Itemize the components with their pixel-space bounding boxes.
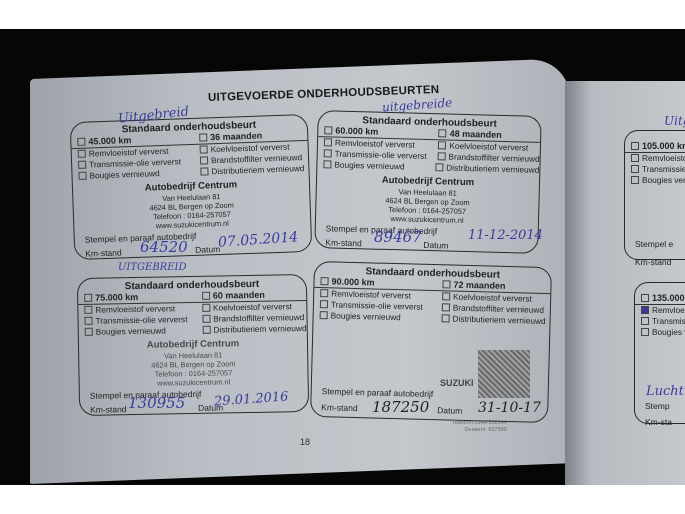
checkbox-icon	[324, 138, 332, 146]
service-box-135000: 135.000 k Remvloei Transmiss Bougies v S…	[634, 282, 685, 424]
km-label: Km-stand	[321, 402, 358, 413]
task-label: Koelvloeistof ververst	[453, 292, 532, 304]
page-number: 18	[300, 437, 310, 447]
checkbox-icon	[435, 163, 443, 171]
task-label: Bougies vernieuwd	[89, 168, 159, 180]
handwritten-note: Uitg	[664, 114, 685, 128]
checkbox-icon	[441, 314, 449, 322]
km-interval: 60.000 km	[335, 126, 378, 137]
task-label: Bougies vernieuwd	[331, 310, 401, 322]
checkbox-icon	[442, 303, 450, 311]
handwritten-km: 89467	[374, 228, 422, 246]
checkbox-icon	[324, 149, 332, 157]
dealer-stamp-image	[478, 350, 530, 398]
checkbox-icon	[641, 294, 649, 302]
checkbox-icon	[324, 126, 332, 134]
checkbox-icon	[442, 280, 450, 288]
task-label: Koelvloeistof ververst	[449, 141, 528, 153]
checkbox-icon	[631, 176, 639, 184]
checkbox-icon	[641, 328, 649, 336]
checkbox-icon	[200, 156, 208, 164]
date-label: Datum	[195, 244, 220, 255]
service-box-90000: Standaard onderhoudsbeurt 90.000 km72 ma…	[310, 261, 552, 423]
checkbox-icon	[84, 317, 92, 325]
month-interval: 60 maanden	[213, 290, 265, 301]
month-interval: 48 maanden	[450, 129, 502, 140]
checkbox-icon	[442, 292, 450, 300]
handwritten-km: 64520	[140, 238, 188, 256]
checkbox-icon	[84, 294, 92, 302]
task-label: Remvloeistof ververst	[331, 288, 411, 300]
checkbox-icon	[320, 289, 328, 297]
checkbox-icon	[200, 167, 208, 175]
task-label: Bougies vernieuwd	[96, 325, 166, 336]
km-label: Km-stand	[90, 404, 127, 415]
km-interval: 45.000 km	[88, 135, 131, 146]
task-label: Brandstoffilter vernieuwd	[213, 312, 304, 324]
dealer-stamp-text: Telefoon 0340-552044 Dealernr. 607930	[452, 420, 507, 434]
checkbox-icon	[78, 150, 86, 158]
checkbox-icon	[202, 304, 210, 312]
checkbox-icon	[439, 129, 447, 137]
month-interval: 72 maanden	[453, 280, 505, 291]
checkbox-icon	[631, 165, 639, 173]
km-label: Km-stand	[85, 247, 122, 258]
task-label: Remvloei	[652, 305, 685, 315]
checkbox-icon	[199, 145, 207, 153]
task-label: Koelvloeistof ververst	[213, 301, 292, 312]
checkbox-icon	[78, 161, 86, 169]
dealer-stamp: Autobedrijf Centrum Van Heelulaan 81 462…	[316, 173, 539, 227]
km-label: Km-stand	[635, 257, 671, 267]
km-interval: 105.000 km	[642, 141, 685, 151]
checkbox-icon	[78, 172, 86, 180]
km-label: Km-sta	[645, 417, 672, 427]
task-label: Bougies vernieuwd	[334, 160, 404, 172]
handwritten-date: 11-12-2014	[468, 228, 543, 243]
service-box-105000: 105.000 km Remvloeistof Transmissie-o Bo…	[624, 130, 685, 260]
stamp-label: Stempel e	[635, 239, 673, 249]
task-label: Remvloeistof ververst	[95, 303, 175, 314]
checkbox-icon	[641, 317, 649, 325]
task-label: Transmissie-o	[642, 164, 685, 174]
checkbox-icon	[631, 142, 639, 150]
checkbox-icon	[84, 306, 92, 314]
task-label: Distributieriem vernieuwd	[213, 323, 306, 335]
checked-checkbox-icon	[641, 306, 649, 314]
date-label: Datum	[437, 405, 462, 416]
checkbox-icon	[320, 311, 328, 319]
km-interval: 75.000 km	[95, 292, 138, 303]
handwritten-km: 130955	[128, 394, 185, 412]
handwritten-note: Lucht	[646, 384, 684, 399]
task-label: Distributieriem vernieuwd	[446, 162, 539, 174]
checkbox-icon	[437, 152, 445, 160]
checkbox-icon	[202, 292, 210, 300]
task-label: Distributieriem vernieuwd	[452, 314, 545, 326]
handwritten-km: 187250	[372, 398, 429, 416]
checkbox-icon	[77, 138, 85, 146]
task-label: Remvloeistof ververst	[335, 138, 415, 150]
km-interval: 90.000 km	[331, 276, 374, 287]
date-label: Datum	[423, 240, 448, 251]
task-label: Distributieriem vernieuwd	[211, 163, 304, 176]
handwritten-note: UITGEBREID	[118, 262, 186, 273]
dealer-stamp: Autobedrijf Centrum Van Heelulaan 81 462…	[79, 337, 308, 389]
suzuki-logo: SUZUKI	[440, 378, 474, 388]
checkbox-icon	[202, 315, 210, 323]
km-interval: 135.000 k	[652, 293, 685, 303]
checkbox-icon	[202, 326, 210, 334]
handwritten-date: 31-10-17	[478, 400, 541, 416]
task-label: Bougies v	[652, 327, 685, 337]
task-label: Bougies vern	[642, 175, 685, 185]
stamp-dealer-number: Dealernr. 607930	[452, 427, 507, 434]
checkbox-icon	[85, 328, 93, 336]
checkbox-icon	[320, 300, 328, 308]
checkbox-icon	[438, 141, 446, 149]
task-label: Remvloeistof	[642, 153, 685, 163]
km-label: Km-stand	[325, 237, 362, 248]
month-interval: 36 maanden	[210, 130, 262, 142]
checkbox-icon	[199, 133, 207, 141]
checkbox-icon	[631, 154, 639, 162]
checkbox-icon	[323, 160, 331, 168]
task-label: Transmissie-olie ververst	[95, 314, 187, 326]
stamp-label: Stemp	[645, 401, 670, 411]
checkbox-icon	[320, 277, 328, 285]
stamp-phone: Telefoon 0340-552044	[452, 420, 507, 427]
dealer-stamp: Autobedrijf Centrum Van Heelulaan 81 462…	[73, 177, 311, 233]
task-label: Transmiss	[652, 316, 685, 326]
